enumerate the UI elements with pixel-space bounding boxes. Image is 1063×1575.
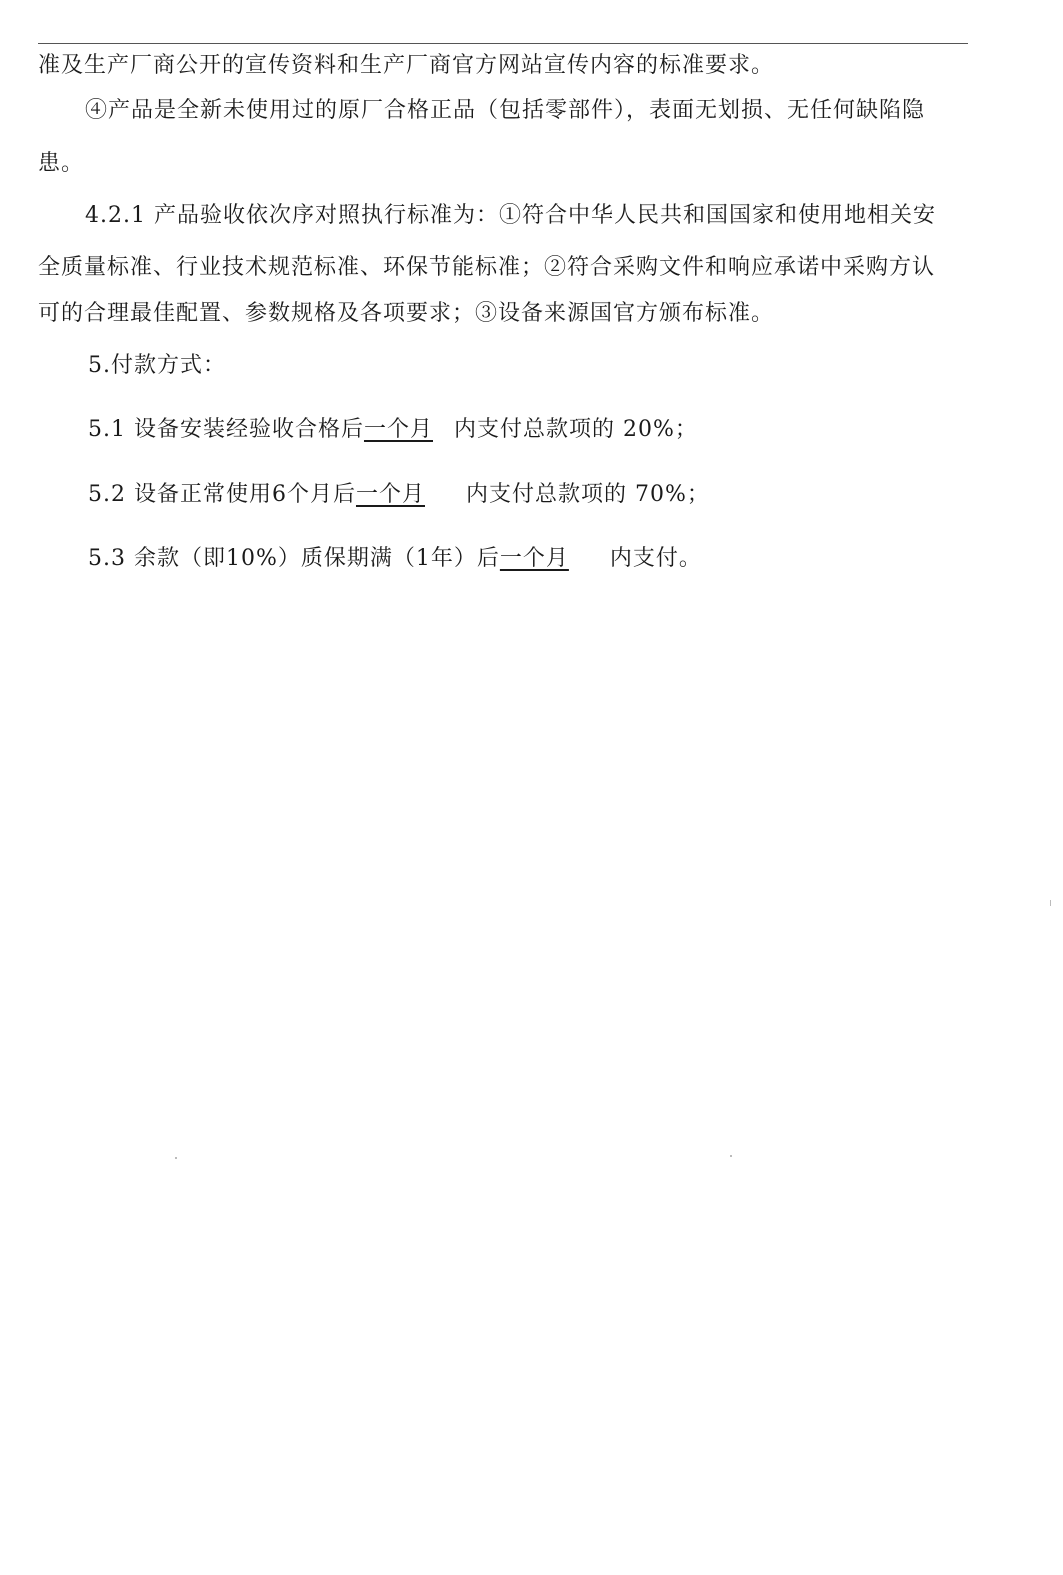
payment-item: 5.2 设备正常使用6个月后一个月内支付总款项的 70%； bbox=[88, 481, 710, 509]
paragraph-line: ④产品是全新未使用过的原厂合格正品（包括零部件），表面无划损、无任何缺陷隐 bbox=[85, 97, 925, 125]
scan-speck bbox=[175, 1157, 177, 1159]
scan-speck bbox=[1050, 900, 1051, 906]
paragraph-line: 准及生产厂商公开的宣传资料和生产厂商官方网站宣传内容的标准要求。 bbox=[38, 52, 774, 80]
paragraph-line: 患。 bbox=[38, 150, 84, 178]
payment-prefix: 5.3 余款（即10%）质保期满（1年）后 bbox=[88, 546, 500, 571]
payment-suffix: 内支付。 bbox=[610, 546, 702, 571]
paragraph-line: 4.2.1 产品验收依次序对照执行标准为：①符合中华人民共和国国家和使用地相关安 bbox=[85, 202, 936, 230]
paragraph-line: 全质量标准、行业技术规范标准、环保节能标准；②符合采购文件和响应承诺中采购方认 bbox=[38, 254, 935, 282]
payment-suffix: 内支付总款项的 20%； bbox=[454, 417, 698, 442]
scan-speck bbox=[730, 1155, 732, 1157]
paragraph-line: 可的合理最佳配置、参数规格及各项要求；③设备来源国官方颁布标准。 bbox=[38, 300, 774, 328]
header-rule bbox=[38, 43, 968, 44]
payment-blank: 一个月 bbox=[364, 416, 454, 444]
payment-blank: 一个月 bbox=[356, 481, 466, 509]
payment-prefix: 5.1 设备安装经验收合格后 bbox=[88, 417, 364, 442]
payment-blank: 一个月 bbox=[500, 545, 610, 573]
payment-prefix: 5.2 设备正常使用6个月后 bbox=[88, 482, 356, 507]
payment-item: 5.3 余款（即10%）质保期满（1年）后一个月内支付。 bbox=[88, 545, 702, 573]
payment-suffix: 内支付总款项的 70%； bbox=[466, 482, 710, 507]
payment-item: 5.1 设备安装经验收合格后一个月内支付总款项的 20%； bbox=[88, 416, 698, 444]
section-heading: 5.付款方式： bbox=[88, 352, 226, 380]
